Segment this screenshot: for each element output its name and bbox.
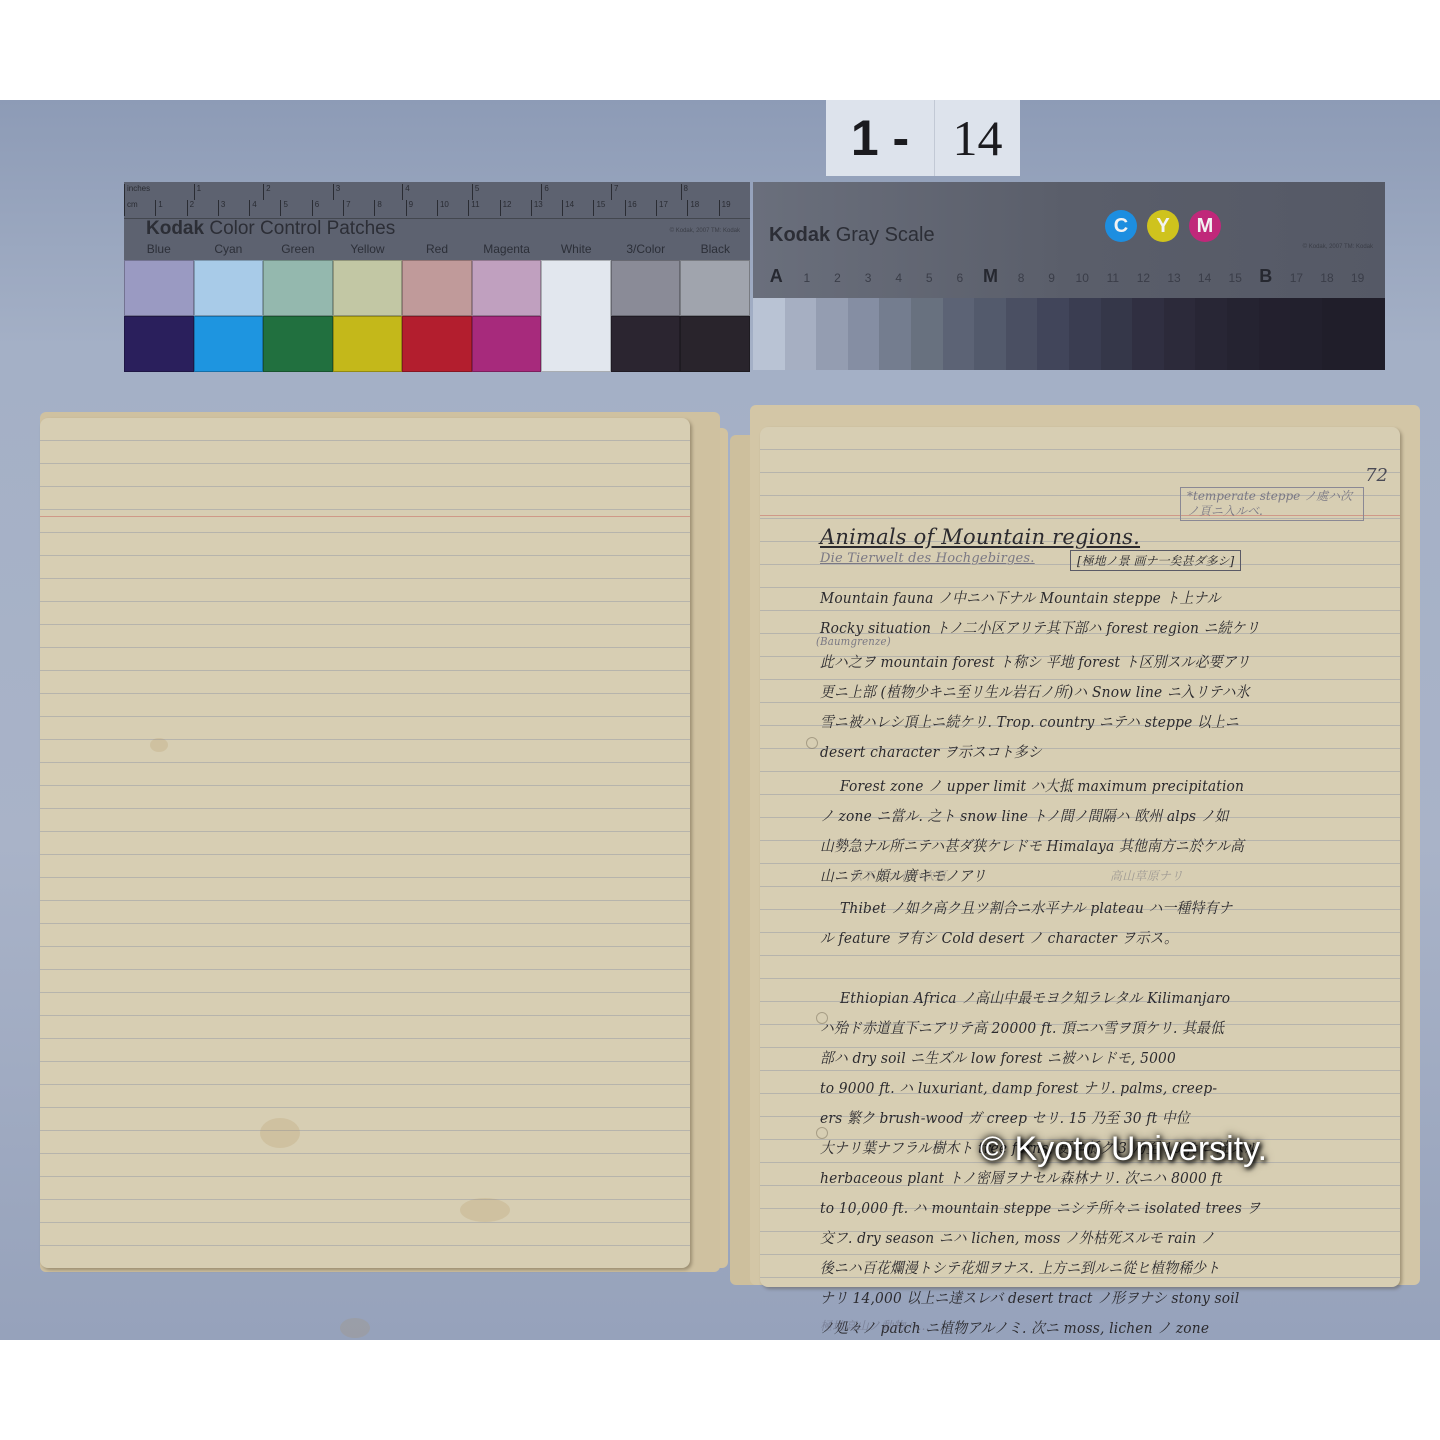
handwritten-line: herbaceous plant トノ密層ヲナセル森林ナリ. 次ニハ 8000 … (820, 1167, 1223, 1188)
color-patch-bottom (263, 316, 333, 372)
color-patch-bottom (472, 316, 542, 372)
color-patch-bottom (124, 316, 194, 372)
pencil-line: rich alpine zone ニ於ケル 80 種 "Alpinen Stuf… (820, 1337, 1190, 1340)
handwritten-line: to 10,000 ft. ハ mountain steppe ニシテ所々ニ i… (820, 1197, 1261, 1218)
gray-step (943, 298, 975, 370)
ruler-tick-label: 9 (406, 200, 437, 216)
color-patch-top (472, 260, 542, 316)
handwritten-line: ハ殆ド赤道直下ニアリテ高 20000 ft. 頂ニハ雪ヲ頂ケリ. 其最低 (820, 1017, 1224, 1038)
ruler-tick-label: 7 (611, 184, 681, 200)
color-patch-bottom (333, 316, 403, 372)
gray-step (1322, 298, 1354, 370)
color-patch-top (611, 260, 681, 316)
ruler-tick-label: 4 (402, 184, 472, 200)
color-patch-bottom (611, 316, 681, 372)
specimen-id-number: 14 (935, 100, 1020, 176)
patch-label: Red (402, 242, 472, 256)
handwritten-line: to 9000 ft. ハ luxuriant, damp forest ナリ.… (820, 1077, 1217, 1098)
specimen-id-tag: 1 - 14 (826, 100, 1020, 176)
handwritten-line: 交フ. dry season ニハ lichen, moss ノ外枯死スルモ r… (820, 1227, 1215, 1248)
foxing-stain (150, 738, 168, 752)
ruler-tick-label: 18 (687, 200, 718, 216)
ruler-tick-label: 12 (500, 200, 531, 216)
cym-c-icon: C (1105, 210, 1137, 242)
foxing-stain (460, 1198, 510, 1222)
gray-target-copyright: © Kodak, 2007 TM: Kodak (1303, 244, 1373, 250)
page-number: 72 (1365, 465, 1388, 486)
patch-label: Black (681, 242, 751, 256)
ruler-tick-label: 1 (194, 184, 264, 200)
ruler-tick-label: 13 (531, 200, 562, 216)
ruler-tick-label: 6 (541, 184, 611, 200)
patch-label: Cyan (194, 242, 264, 256)
color-patch-top (333, 260, 403, 316)
ruler-tick-label: 10 (437, 200, 468, 216)
subtitle-box: [極地ノ景 画ナ一矣甚ダ多シ] (1070, 550, 1241, 571)
blank-ruled-page (40, 418, 690, 1268)
ruler-inches: inches12345678 (124, 184, 750, 200)
gray-step-label: 13 (1159, 271, 1190, 285)
ruler-tick-label: inches (124, 184, 194, 200)
color-patch-top (194, 260, 264, 316)
color-patch-top (680, 260, 750, 316)
archival-photograph: 1 - 14 inches12345678 cm1234567891011121… (0, 100, 1440, 1340)
gray-step (879, 298, 911, 370)
gray-target-title: Kodak Gray Scale (769, 224, 935, 247)
patch-label: 3/Color (611, 242, 681, 256)
gray-step (1195, 298, 1227, 370)
color-patch-top (541, 260, 611, 372)
gray-step (1353, 298, 1385, 370)
patch-labels: BlueCyanGreenYellowRedMagentaWhite3/Colo… (124, 242, 750, 256)
gray-step-label: 6 (945, 271, 976, 285)
gray-step (1037, 298, 1069, 370)
color-patch-bottom (194, 316, 264, 372)
color-target-title: Kodak Color Control Patches (146, 218, 395, 240)
gray-step (1101, 298, 1133, 370)
gray-step (1006, 298, 1038, 370)
gray-step-label: 4 (883, 271, 914, 285)
page-title: Animals of Mountain regions. (820, 525, 1140, 549)
gray-step-label: 18 (1312, 271, 1343, 285)
gray-step-label: 9 (1036, 271, 1067, 285)
color-patch-top (402, 260, 472, 316)
ruler-tick-label: 7 (343, 200, 374, 216)
gray-step-label: 2 (822, 271, 853, 285)
ruler-tick-label: 3 (333, 184, 403, 200)
color-patches-grid (124, 260, 750, 372)
foxing-stain (340, 1318, 370, 1338)
ruler-tick-label: 11 (468, 200, 499, 216)
kodak-logo: Kodak (146, 218, 204, 239)
margin-note: *temperate steppe ノ處ハ次ノ頁ニ入ルベ. (1180, 487, 1364, 521)
gray-step-labels: A123456M89101112131415B171819 (761, 266, 1373, 287)
gray-step-label: 15 (1220, 271, 1251, 285)
gray-step-label: 8 (1006, 271, 1037, 285)
handwritten-line: 後ニハ百花爛漫トシテ花畑ヲナス. 上方ニ到ルニ從ヒ植物稀少ト (820, 1257, 1220, 1278)
ruler-cm: cm12345678910111213141516171819 (124, 200, 750, 216)
gray-step-patches (753, 298, 1385, 370)
german-subtitle: Die Tierwelt des Hochgebirges. (820, 551, 1035, 566)
gray-step (1164, 298, 1196, 370)
ruler-tick-label: 15 (593, 200, 624, 216)
gray-step (1259, 298, 1291, 370)
ruler: inches12345678 cm12345678910111213141516… (124, 182, 750, 219)
ruler-tick-label: 16 (625, 200, 656, 216)
handwritten-line: ナリ 14,000 以上ニ達スレバ desert tract ノ形ヲナシ sto… (820, 1287, 1239, 1308)
kodak-color-control-patches: inches12345678 cm12345678910111213141516… (124, 182, 750, 372)
punch-hole (806, 737, 818, 749)
ruler-tick-label: 5 (472, 184, 542, 200)
red-margin-line (40, 516, 690, 517)
color-patch-bottom (402, 316, 472, 372)
gray-step-label: A (761, 266, 792, 287)
handwritten-line: ers 繁ク brush-wood ガ creep セリ. 15 乃至 30 f… (820, 1107, 1190, 1128)
gray-target-name: Gray Scale (836, 224, 935, 246)
specimen-id-prefix: 1 - (826, 100, 935, 176)
gray-step (974, 298, 1006, 370)
gray-step-label: 3 (853, 271, 884, 285)
gray-step (1132, 298, 1164, 370)
gray-step-label: M (975, 266, 1006, 287)
ruler-tick-label: cm (124, 200, 155, 216)
handwritten-line: (Baumgrenze) (816, 635, 891, 648)
handwritten-line: 此ハ之ヲ mountain forest ト称シ 平地 forest ト区別スル… (820, 651, 1250, 672)
gray-step-label: 10 (1067, 271, 1098, 285)
handwritten-line: 山勢急ナル所ニテハ甚ダ狭ケレドモ Himalaya 其他南方ニ於ケル高 (820, 835, 1244, 856)
gray-step (1227, 298, 1259, 370)
pencil-line: 極地高山ノ動物ハ... (820, 1317, 930, 1334)
ruler-tick-label: 8 (681, 184, 751, 200)
ruler-tick-label: 17 (656, 200, 687, 216)
pencil-line: 以下ノコトハ次頁. (850, 867, 951, 884)
kodak-gray-scale: Kodak Gray Scale CYM © Kodak, 2007 TM: K… (753, 182, 1385, 370)
gray-step (848, 298, 880, 370)
gray-step-label: B (1251, 266, 1282, 287)
ruler-tick-label: 6 (312, 200, 343, 216)
handwritten-line: 雪ニ被ハレシ頂上ニ続ケリ. Trop. country ニテハ steppe 以… (820, 711, 1239, 732)
color-target-copyright: © Kodak, 2007 TM: Kodak (670, 228, 740, 234)
kodak-logo: Kodak (769, 224, 830, 246)
gray-step-label: 11 (1098, 271, 1129, 285)
gray-step (1069, 298, 1101, 370)
gray-step (1290, 298, 1322, 370)
handwritten-line: 更ニ上部 (植物少キニ至リ生ル岩石ノ所)ハ Snow line ニ入リテハ氷 (820, 681, 1250, 702)
gray-step-label: 19 (1342, 271, 1373, 285)
patch-label: Yellow (333, 242, 403, 256)
patch-label: Green (263, 242, 333, 256)
gray-step (785, 298, 817, 370)
ruler-tick-label: 1 (155, 200, 186, 216)
copyright-watermark: © Kyoto University. (980, 1130, 1267, 1169)
gray-step-label: 1 (792, 271, 823, 285)
ruler-tick-label: 2 (187, 200, 218, 216)
patch-label: Magenta (472, 242, 542, 256)
cym-indicators: CYM (1105, 210, 1221, 242)
pencil-line: 高山草原ナリ (1110, 867, 1183, 884)
ruler-tick-label: 19 (719, 200, 750, 216)
left-notebook-stack (40, 418, 728, 1278)
foxing-stain (260, 1118, 300, 1148)
gray-step-label: 5 (914, 271, 945, 285)
handwritten-line: Ethiopian Africa ノ高山中最モヨク知ラレタル Kilimanja… (840, 987, 1230, 1008)
ruler-tick-label: 5 (280, 200, 311, 216)
handwritten-line: Forest zone ノ upper limit ハ大抵 maximum pr… (840, 775, 1244, 796)
cym-m-icon: M (1189, 210, 1221, 242)
gray-step-label: 17 (1281, 271, 1312, 285)
ruler-tick-label: 2 (263, 184, 333, 200)
handwritten-line: ル feature ヲ有シ Cold desert ノ character ヲ示… (820, 927, 1178, 948)
ruler-tick-label: 8 (374, 200, 405, 216)
gray-step-label: 12 (1128, 271, 1159, 285)
gray-step (816, 298, 848, 370)
color-target-name: Color Control Patches (209, 218, 395, 239)
gray-step (911, 298, 943, 370)
handwritten-line: desert character ヲ示スコト多シ (820, 741, 1042, 762)
ruler-tick-label: 14 (562, 200, 593, 216)
gray-step-label: 14 (1189, 271, 1220, 285)
handwritten-line: ノ zone ニ當ル. 之ト snow line トノ間ノ間隔ハ 欧州 alps… (820, 805, 1229, 826)
patch-label: White (541, 242, 611, 256)
color-patch-top (263, 260, 333, 316)
cym-y-icon: Y (1147, 210, 1179, 242)
handwritten-line: Mountain fauna ノ中ニハ下ナル Mountain steppe ト… (820, 587, 1221, 608)
ruler-tick-label: 4 (249, 200, 280, 216)
ruler-tick-label: 3 (218, 200, 249, 216)
gray-step (753, 298, 785, 370)
color-patch-bottom (680, 316, 750, 372)
handwritten-line: Thibet ノ如ク高ク且ツ割合ニ水平ナル plateau ハ一種特有ナ (840, 897, 1232, 918)
handwritten-line: 部ハ dry soil ニ生ズル low forest ニ被ハレドモ, 5000 (820, 1047, 1176, 1068)
color-patch-top (124, 260, 194, 316)
patch-label: Blue (124, 242, 194, 256)
